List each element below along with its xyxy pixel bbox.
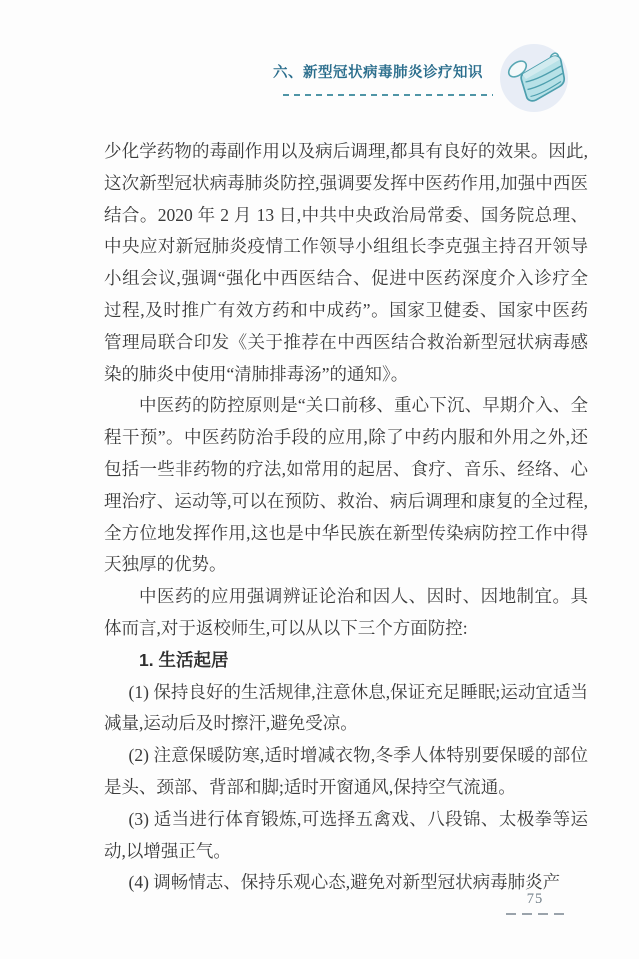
paragraph: 中医药的防控原则是“关口前移、重心下沉、早期介入、全程干预”。中医药防治手段的应… (104, 390, 588, 581)
list-item: (3) 适当进行体育锻炼,可选择五禽戏、八段锦、太极拳等运动,以增强正气。 (104, 804, 588, 868)
page-number: 75 (505, 891, 565, 908)
list-item: (1) 保持良好的生活规律,注意休息,保证充足睡眠;运动宜适当减量,运动后及时擦… (104, 677, 588, 741)
face-mask-icon (500, 44, 568, 112)
chapter-title: 六、新型冠状病毒肺炎诊疗知识 (0, 61, 483, 82)
page-number-underline (506, 913, 564, 915)
section-heading: 1. 生活起居 (104, 645, 588, 677)
paragraph: 中医药的应用强调辨证论治和因人、因时、因地制宜。具体而言,对于返校师生,可以从以… (104, 581, 588, 645)
paragraph-continuation: 少化学药物的毒副作用以及病后调理,都具有良好的效果。因此,这次新型冠状病毒肺炎防… (104, 136, 588, 390)
page-body: 少化学药物的毒副作用以及病后调理,都具有良好的效果。因此,这次新型冠状病毒肺炎防… (104, 136, 588, 899)
list-item: (2) 注意保暖防寒,适时增减衣物,冬季人体特别要保暖的部位是头、颈部、背部和脚… (104, 740, 588, 804)
book-page: 六、新型冠状病毒肺炎诊疗知识 少化学药物的毒副作用以及病后调理,都具有良好的效果… (0, 0, 639, 959)
chapter-badge (500, 44, 568, 112)
chapter-title-underline (283, 94, 493, 96)
